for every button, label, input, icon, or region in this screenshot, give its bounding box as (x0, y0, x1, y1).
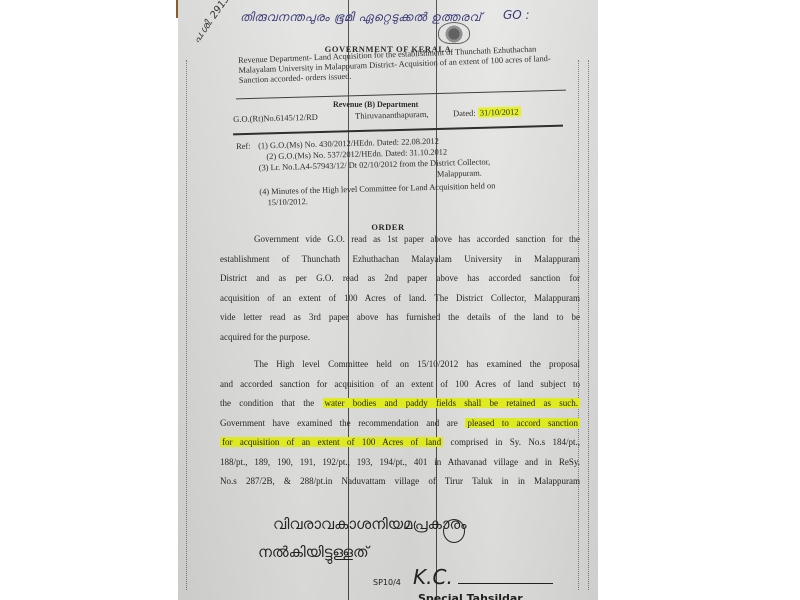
text: Government have examined the recommendat… (220, 418, 465, 428)
paragraph-line: No.s 287/2B, & 288/pt.in Naduvattam vill… (220, 472, 580, 492)
highlighted-text: water bodies and paddy fields shall be r… (323, 398, 581, 408)
margin-handwritten-note: പ.ശി. 2913 (191, 0, 232, 45)
signature: K.C. (413, 565, 453, 589)
paragraph-line: The High level Committee held on 15/10/2… (220, 355, 580, 375)
paragraph-line: and accorded sanction for acquisition of… (220, 375, 580, 395)
text: the condition that the (220, 398, 323, 408)
handwritten-malayalam-note: വിവരാവകാശനിയമപ്രകാരം (273, 515, 467, 533)
references: Ref: (1) G.O.(Ms) No. 430/2012/HEdn. Dat… (236, 132, 568, 209)
signature-code: SP10/4 (373, 578, 401, 587)
document-page: പ.ശി. 2913 തിരുവനന്തപുരം ഭൂമി ഏറ്റെടുക്ക… (178, 0, 598, 600)
paragraph-line: the condition that the water bodies and … (220, 394, 580, 414)
divider (236, 90, 566, 100)
paragraph-line: District and as per G.O. read as 2nd pap… (220, 269, 580, 289)
dated: Dated: 31/10/2012 (453, 106, 521, 118)
dated-label: Dated: (453, 108, 476, 119)
paragraph-line: acquired for the purpose. (220, 328, 580, 348)
paragraph-line: vide letter read as 3rd paper above has … (220, 308, 580, 328)
text: comprised in Sy. No.s 184/pt., (443, 437, 580, 447)
department-name: Revenue (B) Department (333, 100, 418, 109)
highlighted-text: for acquisition of an extent of 100 Acre… (220, 437, 443, 447)
kerala-emblem-icon (438, 22, 470, 44)
signature-line (458, 583, 553, 584)
ref-label: Ref: (236, 141, 251, 152)
order-paragraph-2: The High level Committee held on 15/10/2… (220, 355, 580, 492)
paragraph-line: 188/pt., 189, 190, 191, 192/pt., 193, 19… (220, 453, 580, 473)
dated-value-highlighted: 31/10/2012 (478, 106, 521, 117)
paragraph-line: establishment of Thunchath Ezhuthachan M… (220, 250, 580, 270)
highlighted-text: pleased to accord sanction (465, 418, 580, 428)
paragraph-line: acquisition of an extent of 100 Acres of… (220, 289, 580, 309)
paragraph-line: Government have examined the recommendat… (220, 414, 580, 434)
circled-mark-icon (443, 519, 465, 543)
paragraph-line: for acquisition of an extent of 100 Acre… (220, 433, 580, 453)
signature-area: വിവരാവകാശനിയമപ്രകാരം നൽകിയിട്ടുള്ളത് SP1… (178, 505, 598, 600)
paragraph-line: Government vide G.O. read as 1st paper a… (220, 230, 580, 250)
order-paragraph-1: Government vide G.O. read as 1st paper a… (220, 230, 580, 347)
handwritten-malayalam-note: നൽകിയിട്ടുള്ളത് (258, 543, 369, 561)
place: Thiruvananthapuram, (355, 109, 429, 121)
top-handwritten-tag: GO : (503, 8, 530, 22)
go-number: G.O.(Rt)No.6145/12/RD (233, 112, 318, 124)
designation-stamp: Special Tahsildar (418, 592, 523, 600)
